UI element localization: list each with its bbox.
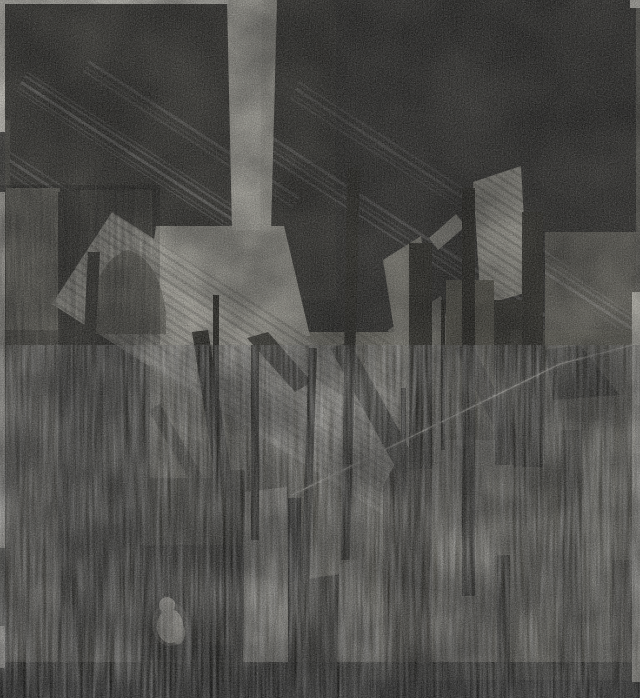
film-grain-overlay [0,0,640,698]
dark-grain [0,0,640,698]
halftone-print: Grainy black-and-white halftone reproduc… [0,0,640,698]
etching-canvas [0,0,640,698]
